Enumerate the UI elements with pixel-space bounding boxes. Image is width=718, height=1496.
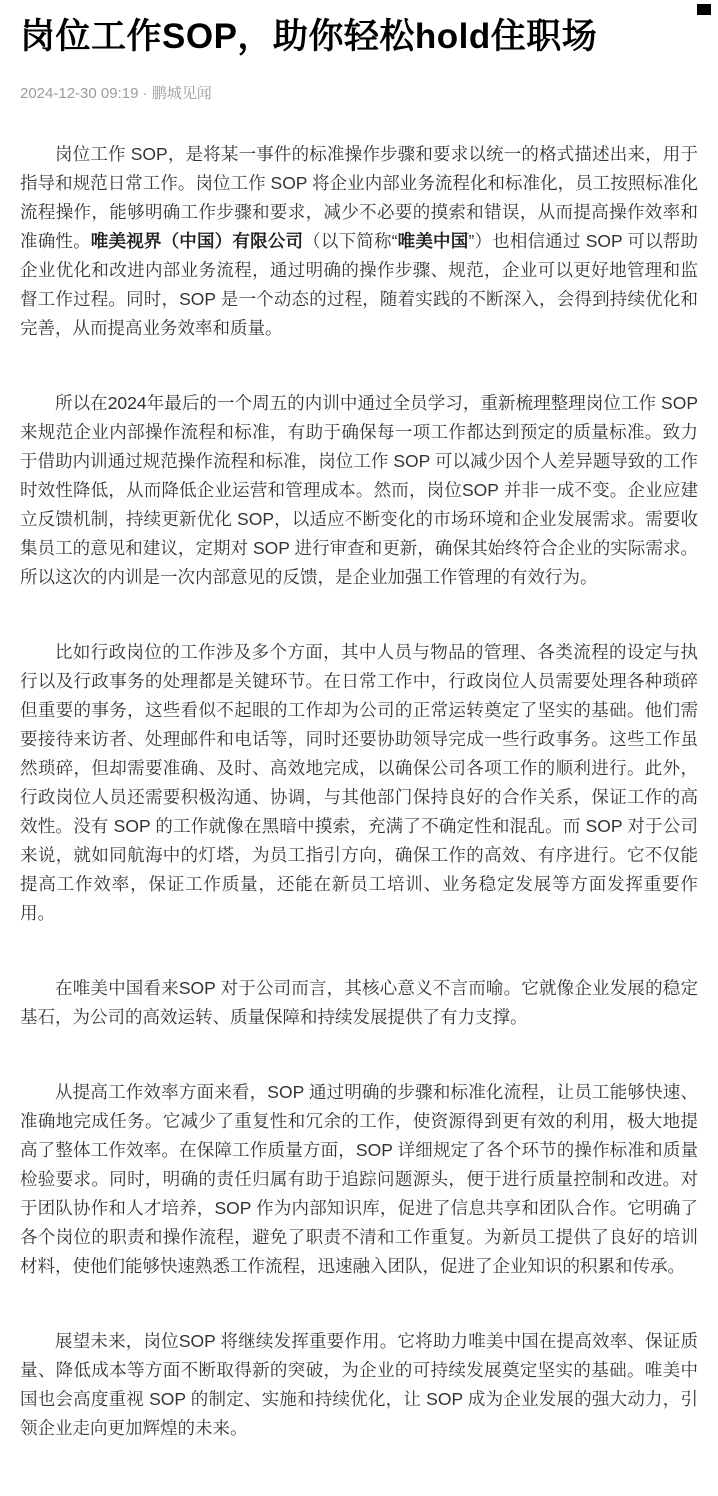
text-segment: （以下简称“ xyxy=(303,231,397,251)
text-segment: 所以在2024年最后的一个周五的内训中通过全员学习，重新梳理整理岗位工作 SOP… xyxy=(20,393,698,587)
article-page: 岗位工作SOP，助你轻松hold住职场 2024-12-30 09:19 · 鹏… xyxy=(0,0,718,1496)
article-paragraph: 展望未来，岗位SOP 将继续发挥重要作用。它将助力唯美中国在提高效率、保证质量、… xyxy=(20,1327,698,1443)
page-title: 岗位工作SOP，助你轻松hold住职场 xyxy=(20,14,698,59)
article-paragraph: 比如行政岗位的工作涉及多个方面，其中人员与物品的管理、各类流程的设定与执行以及行… xyxy=(20,638,698,928)
article-paragraph: 所以在2024年最后的一个周五的内训中通过全员学习，重新梳理整理岗位工作 SOP… xyxy=(20,389,698,592)
text-segment: 展望未来，岗位SOP 将继续发挥重要作用。它将助力唯美中国在提高效率、保证质量、… xyxy=(20,1331,698,1438)
text-segment: 从提高工作效率方面来看，SOP 通过明确的步骤和标准化流程，让员工能够快速、准确… xyxy=(20,1082,698,1276)
text-segment: 在唯美中国看来SOP 对于公司而言，其核心意义不言而喻。它就像企业发展的稳定基石… xyxy=(20,978,698,1027)
article-paragraph: 岗位工作 SOP，是将某一事件的标准操作步骤和要求以统一的格式描述出来，用于指导… xyxy=(20,140,698,343)
corner-mark xyxy=(697,4,711,15)
article-paragraph: 从提高工作效率方面来看，SOP 通过明确的步骤和标准化流程，让员工能够快速、准确… xyxy=(20,1078,698,1281)
article-meta: 2024-12-30 09:19 · 鹏城见闻 xyxy=(20,84,698,104)
text-segment: 比如行政岗位的工作涉及多个方面，其中人员与物品的管理、各类流程的设定与执行以及行… xyxy=(20,642,698,923)
article-body: 岗位工作 SOP，是将某一事件的标准操作步骤和要求以统一的格式描述出来，用于指导… xyxy=(20,140,698,1443)
text-segment-bold: 唯美中国 xyxy=(397,231,468,251)
article-paragraph: 在唯美中国看来SOP 对于公司而言，其核心意义不言而喻。它就像企业发展的稳定基石… xyxy=(20,974,698,1032)
text-segment-bold: 唯美视界（中国）有限公司 xyxy=(91,231,303,251)
